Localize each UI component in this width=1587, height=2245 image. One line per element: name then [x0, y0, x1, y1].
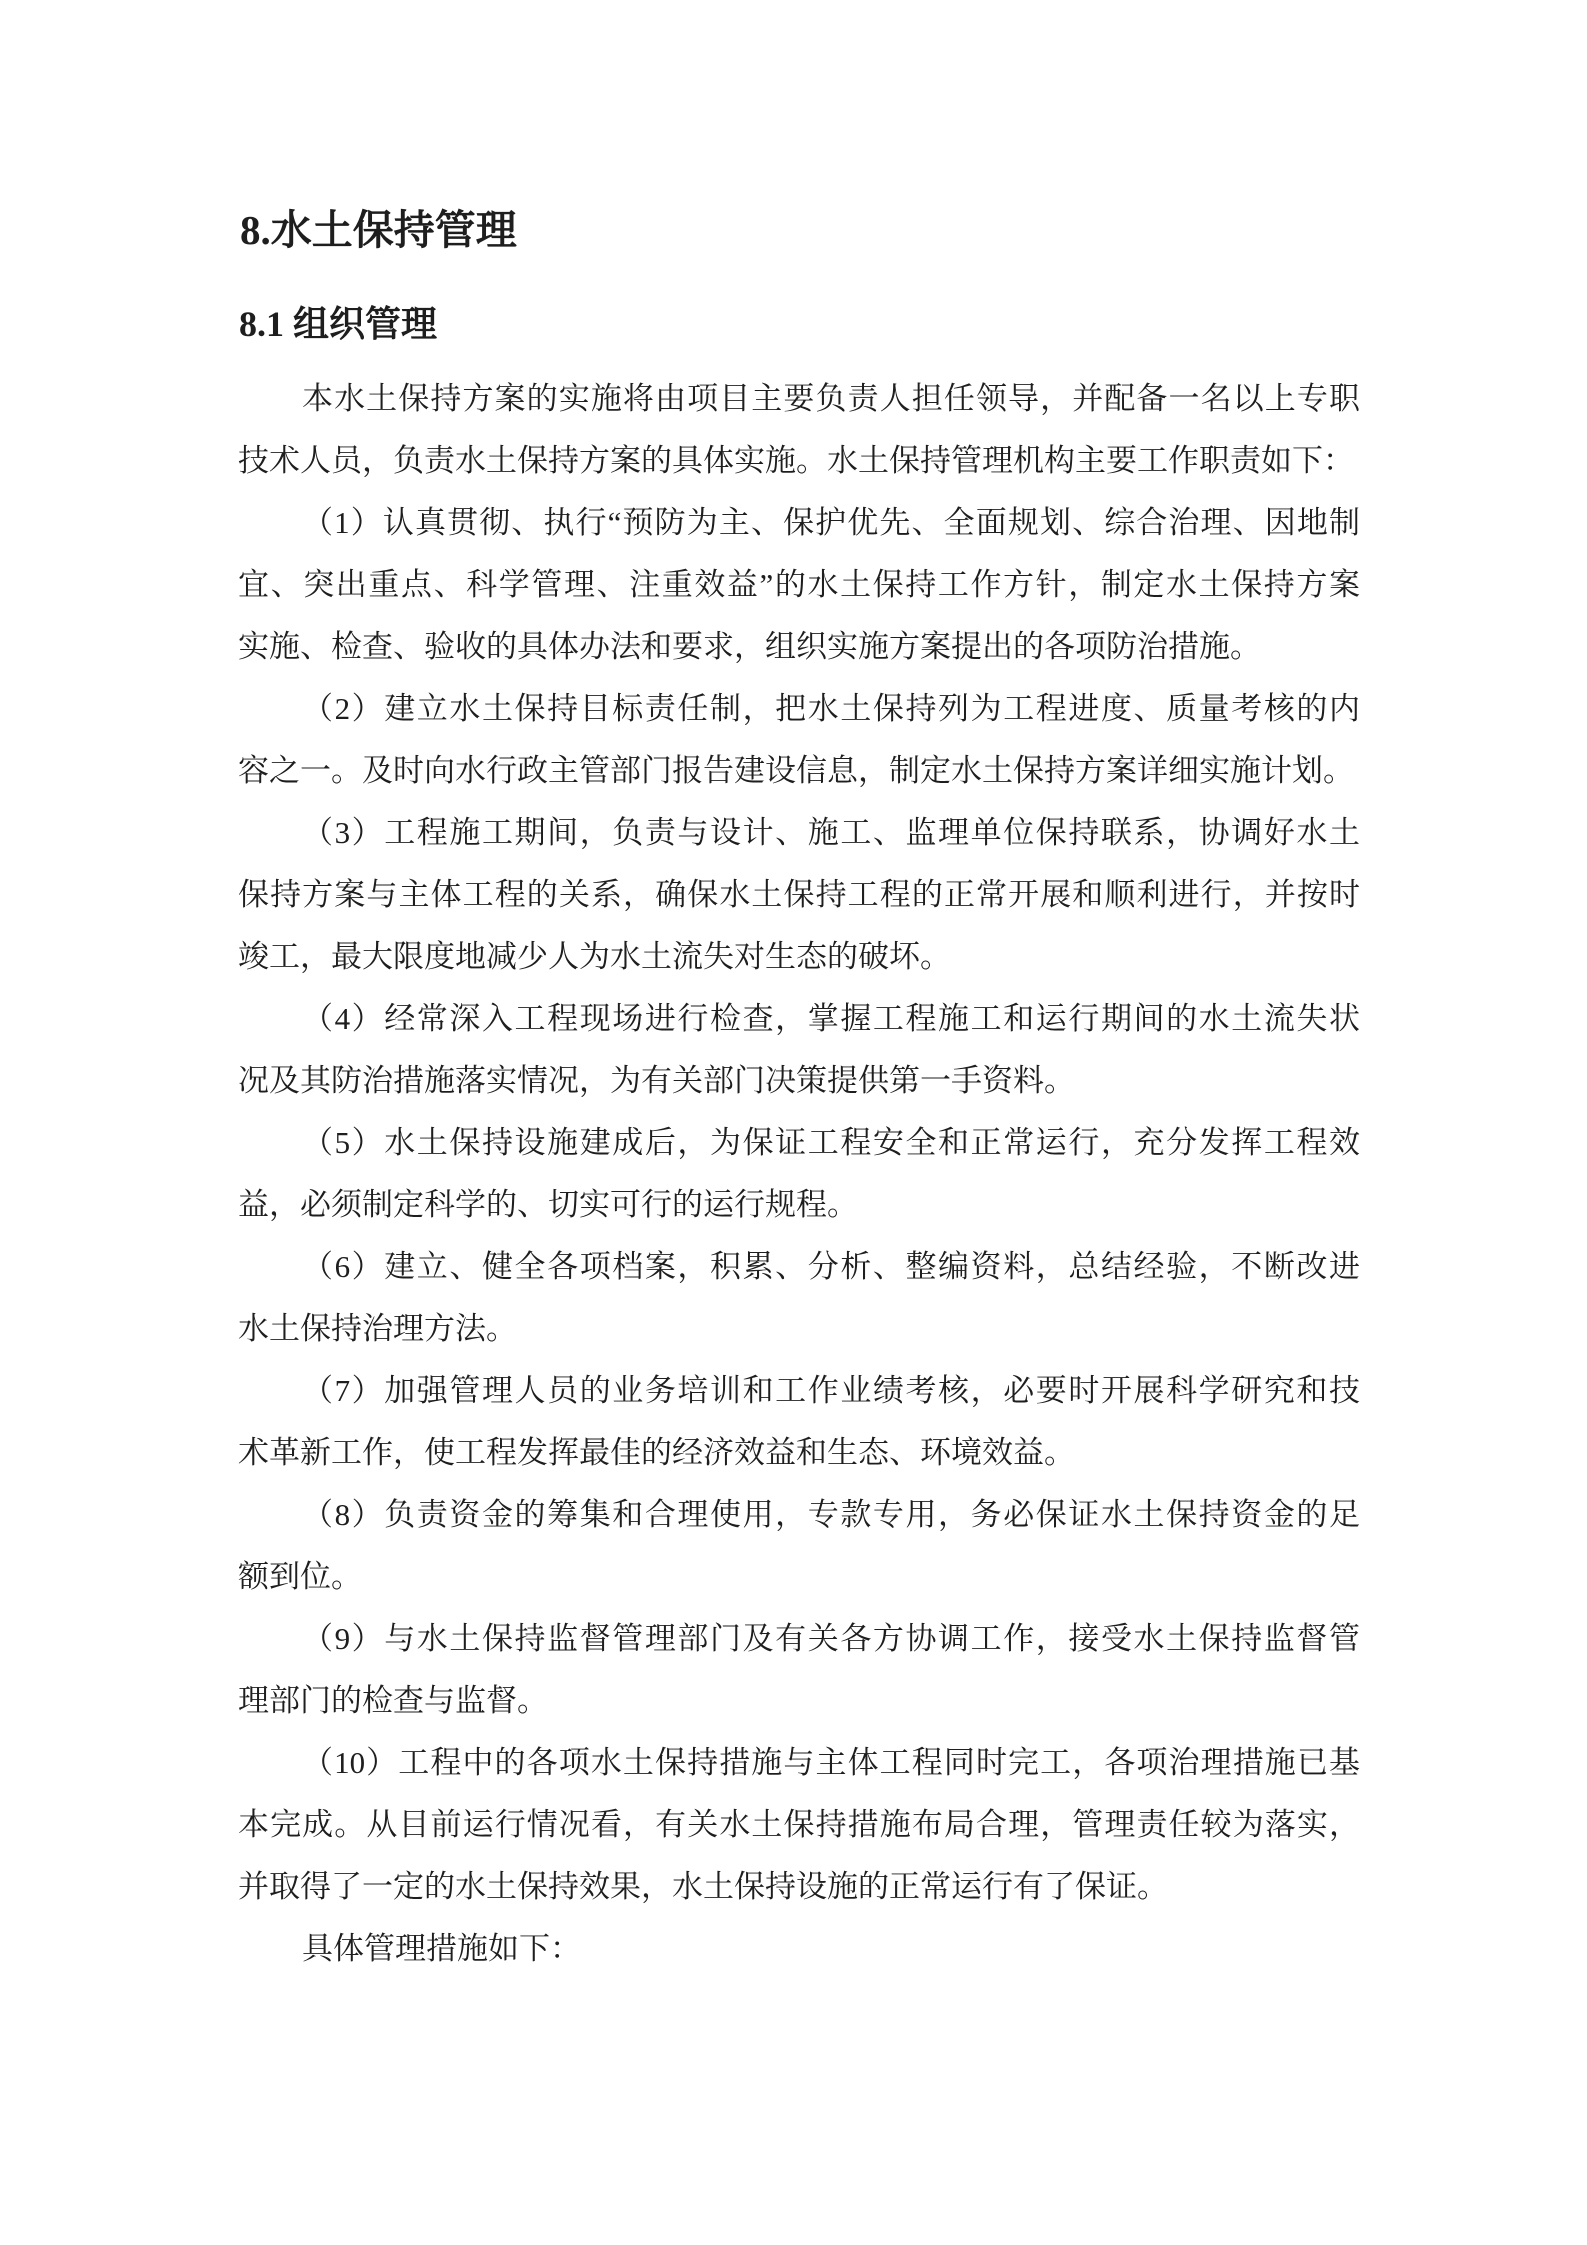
body-line: 术革新工作，使工程发挥最佳的经济效益和生态、环境效益。: [238, 1422, 1360, 1484]
body-line: （9）与水土保持监督管理部门及有关各方协调工作，接受水土保持监督管: [238, 1608, 1360, 1670]
body-line: 理部门的检查与监督。: [238, 1670, 1360, 1732]
document-page: 8.水土保持管理 8.1 组织管理 本水土保持方案的实施将由项目主要负责人担任领…: [0, 0, 1587, 2245]
body-line: 并取得了一定的水土保持效果，水土保持设施的正常运行有了保证。: [238, 1856, 1360, 1918]
chapter-title: 8.水土保持管理: [240, 210, 517, 251]
body-line: （4）经常深入工程现场进行检查，掌握工程施工和运行期间的水土流失状: [238, 988, 1360, 1050]
body-line: （2）建立水土保持目标责任制，把水土保持列为工程进度、质量考核的内: [238, 678, 1360, 740]
body-line: 具体管理措施如下：: [238, 1918, 1360, 1980]
body-line: 技术人员，负责水土保持方案的具体实施。水土保持管理机构主要工作职责如下：: [238, 430, 1360, 492]
body-line: 况及其防治措施落实情况，为有关部门决策提供第一手资料。: [238, 1050, 1360, 1112]
document-body: 本水土保持方案的实施将由项目主要负责人担任领导，并配备一名以上专职技术人员，负责…: [238, 368, 1360, 1980]
body-line: 容之一。及时向水行政主管部门报告建设信息，制定水土保持方案详细实施计划。: [238, 740, 1360, 802]
body-line: 宜、突出重点、科学管理、注重效益”的水土保持工作方针，制定水土保持方案: [238, 554, 1360, 616]
body-line: 本完成。从目前运行情况看，有关水土保持措施布局合理，管理责任较为落实，: [238, 1794, 1360, 1856]
body-line: （8）负责资金的筹集和合理使用，专款专用，务必保证水土保持资金的足: [238, 1484, 1360, 1546]
body-line: 竣工，最大限度地减少人为水土流失对生态的破坏。: [238, 926, 1360, 988]
body-line: （7）加强管理人员的业务培训和工作业绩考核，必要时开展科学研究和技: [238, 1360, 1360, 1422]
body-line: （6）建立、健全各项档案，积累、分析、整编资料，总结经验，不断改进: [238, 1236, 1360, 1298]
body-line: 实施、检查、验收的具体办法和要求，组织实施方案提出的各项防治措施。: [238, 616, 1360, 678]
body-line: （1）认真贯彻、执行“预防为主、保护优先、全面规划、综合治理、因地制: [238, 492, 1360, 554]
section-title: 8.1 组织管理: [239, 306, 437, 342]
body-line: （5）水土保持设施建成后，为保证工程安全和正常运行，充分发挥工程效: [238, 1112, 1360, 1174]
body-line: 益，必须制定科学的、切实可行的运行规程。: [238, 1174, 1360, 1236]
body-line: （3）工程施工期间，负责与设计、施工、监理单位保持联系，协调好水土: [238, 802, 1360, 864]
body-line: （10）工程中的各项水土保持措施与主体工程同时完工，各项治理措施已基: [238, 1732, 1360, 1794]
body-line: 水土保持治理方法。: [238, 1298, 1360, 1360]
body-line: 保持方案与主体工程的关系，确保水土保持工程的正常开展和顺利进行，并按时: [238, 864, 1360, 926]
body-line: 额到位。: [238, 1546, 1360, 1608]
body-line: 本水土保持方案的实施将由项目主要负责人担任领导，并配备一名以上专职: [238, 368, 1360, 430]
